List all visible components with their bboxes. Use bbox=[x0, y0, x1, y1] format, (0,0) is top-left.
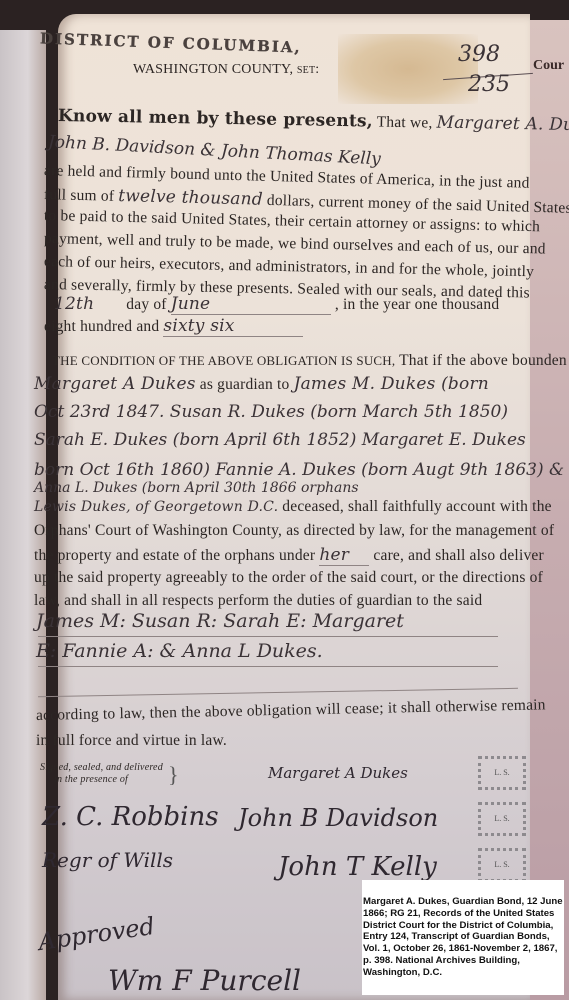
ruled-line bbox=[38, 666, 498, 667]
condition-line-11: law, and shall in all respects perform t… bbox=[34, 592, 482, 610]
ward-james: James M. Dukes (born bbox=[294, 374, 489, 394]
document-title: DISTRICT OF COLUMBIA, bbox=[40, 29, 302, 56]
wards-list-1: James M: Susan R: Sarah E: Margaret bbox=[36, 610, 404, 632]
deceased-parent: Lewis Dukes, of Georgetown D.C. bbox=[34, 499, 278, 515]
archive-caption: Margaret A. Dukes, Guardian Bond, 12 Jun… bbox=[362, 880, 564, 995]
opening-phrase: Know all men by these presents, bbox=[58, 106, 373, 131]
principal-name: Margaret A. Dukes. bbox=[436, 113, 569, 136]
that-we: That we, bbox=[377, 114, 433, 132]
as-guardian-label: as guardian to bbox=[200, 376, 290, 393]
seal-box-2: L. S. bbox=[478, 802, 526, 836]
pronoun: her bbox=[319, 545, 369, 566]
condition-line-7: deceased, shall faithfully account with … bbox=[282, 498, 551, 515]
condition-heading: THE CONDITION OF THE ABOVE OBLIGATION IS… bbox=[52, 353, 395, 368]
wards-list-2: E: Fannie A: & Anna L Dukes. bbox=[36, 640, 323, 662]
wards-line-6: Anna L. Dukes (born April 30th 1866 orph… bbox=[34, 480, 359, 496]
paper-stain bbox=[338, 34, 478, 104]
signature-john-davidson: John B Davidson bbox=[238, 804, 438, 832]
seal-box-3: L. S. bbox=[478, 848, 526, 882]
ruled-line bbox=[38, 688, 518, 697]
bond-month: June bbox=[171, 294, 331, 315]
day-of-label: day of bbox=[126, 296, 166, 313]
witness-label-1: Signed, sealed, and delivered bbox=[40, 762, 163, 774]
bond-year: sixty six bbox=[163, 316, 303, 337]
guardian-name: Margaret A Dukes bbox=[34, 374, 196, 394]
closing-line-1: according to law, then the above obligat… bbox=[36, 696, 546, 725]
signature-john-kelly: John T Kelly bbox=[278, 852, 437, 882]
condition-line-9a: the property and estate of the orphans u… bbox=[34, 547, 315, 564]
condition-heading-cont: That if the above bounden bbox=[399, 352, 567, 369]
brace: } bbox=[168, 762, 179, 788]
wards-line-5: born Oct 16th 1860) Fannie A. Dukes (bor… bbox=[34, 460, 564, 480]
ruled-line bbox=[38, 636, 498, 637]
adjacent-page-text: Cour bbox=[533, 58, 564, 74]
seal-box-1: L. S. bbox=[478, 756, 526, 790]
year-label-b: eight hundred and bbox=[44, 318, 159, 335]
county-label: WASHINGTON COUNTY, set: bbox=[133, 62, 319, 78]
bond-line-4a: full sum of bbox=[44, 186, 115, 205]
bond-amount: twelve thousand bbox=[118, 186, 263, 210]
folio-number-bottom: 235 bbox=[468, 72, 510, 97]
witness-title: Regr of Wills bbox=[42, 848, 173, 872]
approved-note: Approved bbox=[37, 912, 157, 956]
condition-line-9b: care, and shall also deliver bbox=[373, 547, 543, 564]
wards-line-3: Oct 23rd 1847. Susan R. Dukes (born Marc… bbox=[34, 402, 508, 422]
closing-line-2: in full force and virtue in law. bbox=[36, 732, 227, 750]
folio-number-top: 398 bbox=[458, 42, 500, 67]
signature-margaret-dukes: Margaret A Dukes bbox=[268, 764, 408, 782]
document-page: DISTRICT OF COLUMBIA, WASHINGTON COUNTY,… bbox=[58, 14, 530, 1000]
bond-day: 12th bbox=[54, 294, 94, 314]
condition-line-8: Orphans' Court of Washington County, as … bbox=[34, 522, 554, 540]
condition-line-10: up the said property agreeably to the or… bbox=[34, 569, 543, 587]
signature-approver: Wm F Purcell bbox=[108, 964, 301, 997]
witness-label-2: in the presence of bbox=[40, 774, 163, 786]
wards-line-4: Sarah E. Dukes (born April 6th 1852) Mar… bbox=[34, 430, 526, 450]
year-label-a: , in the year one thousand bbox=[335, 296, 499, 313]
signature-witness: Z. C. Robbins bbox=[42, 802, 219, 832]
